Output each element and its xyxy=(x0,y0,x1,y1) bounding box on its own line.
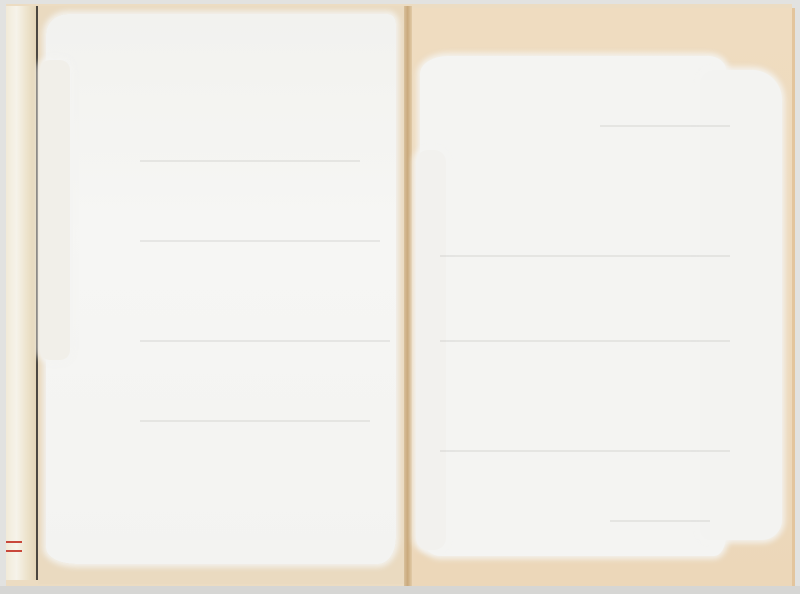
obscured-text-line xyxy=(140,340,390,342)
white-paint-right xyxy=(420,56,726,556)
obscured-text-line xyxy=(610,520,710,522)
red-mark-top xyxy=(6,541,22,543)
obscured-text-line xyxy=(140,160,360,162)
photo-background xyxy=(0,0,800,594)
obscured-text-line xyxy=(600,125,730,127)
table-shadow xyxy=(0,586,800,594)
obscured-text-line xyxy=(440,450,730,452)
white-paint-left xyxy=(46,14,396,564)
white-paint-left-edge xyxy=(40,60,70,360)
obscured-text-line xyxy=(140,420,370,422)
obscured-text-line xyxy=(140,240,380,242)
obscured-text-line xyxy=(440,255,730,257)
book-gutter xyxy=(404,6,412,586)
page-edge-strip xyxy=(6,6,38,580)
red-mark-bottom xyxy=(6,550,22,552)
white-paint-right-margin xyxy=(700,70,782,540)
obscured-text-line xyxy=(440,340,730,342)
white-paint-right-inner xyxy=(416,150,446,550)
